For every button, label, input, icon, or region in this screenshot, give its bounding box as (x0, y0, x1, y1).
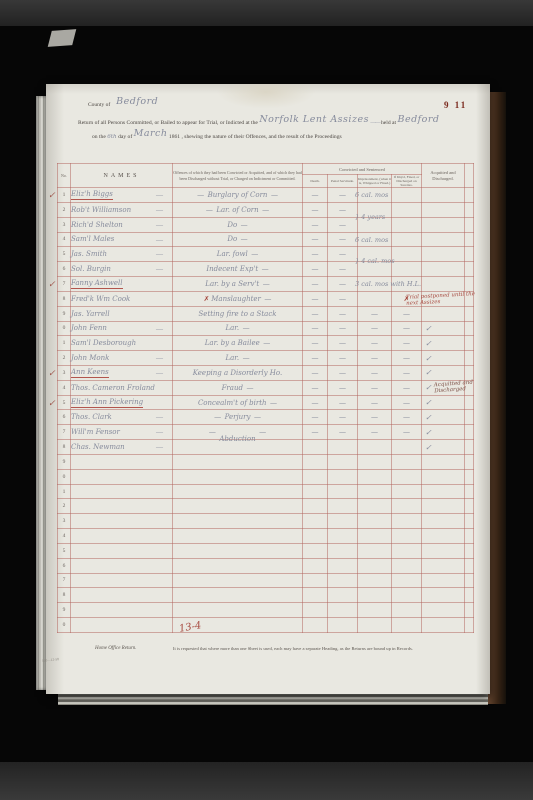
cell-acquitted: ✓ (422, 425, 465, 440)
cell-penal-servitude (328, 454, 358, 469)
cell-acquitted (422, 217, 465, 232)
cell-penal-servitude: — (328, 336, 358, 351)
month-handwritten: March (134, 128, 168, 139)
cell-imprisonment (358, 573, 392, 588)
dash-mark: — (312, 324, 319, 332)
cell-penal-servitude: — (328, 217, 358, 232)
row-number-text: 7 (63, 429, 66, 435)
cell-name: Rob't Williamson— (71, 202, 173, 217)
cell-death: — (303, 262, 328, 277)
offence-text: Fraud (222, 384, 243, 392)
cell-extra (465, 291, 474, 306)
row-number-text: 7 (63, 577, 66, 583)
sentence-text: 6 cal. mos (355, 236, 388, 244)
dash-mark: — (312, 428, 319, 436)
cell-row-number: 7 (58, 573, 71, 588)
offence-trailing-dash: — (237, 235, 248, 243)
cell-sureties (392, 499, 422, 514)
dash-mark: — (403, 324, 410, 332)
cell-extra (465, 425, 474, 440)
dash-mark: — (371, 310, 378, 318)
cell-penal-servitude (328, 469, 358, 484)
cell-sureties: — (392, 351, 422, 366)
offence-text: Manslaughter (211, 295, 261, 303)
cell-extra (465, 484, 474, 499)
offence-trailing-dash: — (261, 295, 272, 303)
cell-extra (465, 588, 474, 603)
offence-text: Concealm't of birth (198, 399, 267, 407)
acquitted-check-mark: ✓ (422, 339, 432, 348)
cell-sureties: — (392, 380, 422, 395)
cell-row-number: 6 (58, 558, 71, 573)
cell-sureties (392, 484, 422, 499)
cell-extra (465, 529, 474, 544)
row-number-text: 0 (63, 622, 66, 628)
dash-mark: — (339, 221, 346, 229)
table-row: 5Jas. Smith—Lar. fowl ———} 4 cal. mos (58, 247, 474, 262)
cell-acquitted (422, 277, 465, 292)
sentence-text: 6 cal. mos (355, 191, 388, 199)
offence-leading-dash: — (197, 191, 208, 199)
cell-imprisonment: } 4 cal. mos (358, 247, 392, 262)
cell-name: Eliz'h Biggs— (71, 188, 173, 203)
cell-row-number: 5 (58, 543, 71, 558)
row-number-text: 0 (63, 474, 66, 480)
cell-sureties (392, 277, 422, 292)
cell-row-number: 4 (58, 529, 71, 544)
cell-acquitted (422, 202, 465, 217)
dash-mark: — (339, 235, 346, 243)
cell-imprisonment (358, 454, 392, 469)
cell-offence: Do — (173, 217, 303, 232)
table-row: 2John Monk—Lar. —————✓ (58, 351, 474, 366)
cell-row-number: 5 (58, 247, 71, 262)
cell-acquitted (422, 558, 465, 573)
cell-extra (465, 365, 474, 380)
acquitted-check-mark: ✓ (422, 398, 432, 407)
offence-text: Keeping a Disorderly Ho. (193, 369, 282, 377)
photo-of-register-page: 9 11 County ofBedford Return of all Pers… (0, 0, 533, 800)
cell-sureties (392, 217, 422, 232)
cell-name: Thos. Cameron Froland (71, 380, 173, 395)
register-page: 9 11 County ofBedford Return of all Pers… (46, 84, 490, 694)
table-row: 0John Fenn—Lar. —————✓ (58, 321, 474, 336)
cell-name: Jas. Smith— (71, 247, 173, 262)
table-row-empty: 9 (58, 454, 474, 469)
cell-row-number: 8 (58, 588, 71, 603)
year-text: 1861 (169, 134, 180, 140)
county-handwritten: Bedford (116, 96, 158, 107)
cell-sureties: — (392, 365, 422, 380)
margin-check-mark: ✓ (48, 279, 56, 290)
held-at-label: held at (381, 120, 396, 126)
prisoner-name: Fanny Ashwell (71, 280, 123, 289)
cell-penal-servitude: — (328, 188, 358, 203)
row-number-text: 9 (63, 607, 66, 613)
row-number-text: 9 (63, 459, 66, 465)
photo-background-bottom (0, 762, 533, 800)
table-row: 4Thos. Cameron FrolandFraud —————✓Acquit… (58, 380, 474, 395)
table-row: ✓3Ann Keens—Keeping a Disorderly Ho.————… (58, 365, 474, 380)
cell-acquitted: ✓ (422, 440, 465, 455)
dash-mark: — (339, 354, 346, 362)
dash-mark: — (339, 399, 346, 407)
cell-name (71, 543, 173, 558)
offence-trailing-dash: — (267, 191, 278, 199)
cell-acquitted (422, 469, 465, 484)
cell-death (303, 603, 328, 618)
name-trailing-dash: — (156, 236, 163, 244)
cell-penal-servitude: — (328, 410, 358, 425)
cell-name: Sol. Burgin— (71, 262, 173, 277)
row-number-text: 1 (63, 192, 66, 198)
row-number-text: 4 (63, 385, 66, 391)
table-row: 8Chas. Newman—✓ (58, 440, 474, 455)
cell-extra (465, 306, 474, 321)
cell-offence: Do — (173, 232, 303, 247)
cell-penal-servitude: — (328, 202, 358, 217)
table-row: 3Rich'd Shelton—Do ——— (58, 217, 474, 232)
cell-name: John Fenn— (71, 321, 173, 336)
cell-sureties (392, 514, 422, 529)
cell-imprisonment (358, 484, 392, 499)
row-number-text: 6 (63, 563, 66, 569)
prisoner-name: Sam'l Males (71, 235, 114, 243)
prisoner-name: Rich'd Shelton (71, 221, 123, 229)
cell-imprisonment (358, 291, 392, 306)
prisoner-name: Chas. Newman (71, 443, 125, 451)
cell-extra (465, 247, 474, 262)
cell-penal-servitude: — (328, 247, 358, 262)
cell-acquitted: ✓ (422, 351, 465, 366)
column-header-sureties: If Imp'd, Fined, or Discharged on Sureti… (392, 175, 422, 188)
cell-acquitted (422, 188, 465, 203)
cell-acquitted: ✓ (422, 321, 465, 336)
cell-offence: Concealm't of birth — (173, 395, 303, 410)
dash-mark: — (403, 369, 410, 377)
offence-trailing-dash: — (239, 354, 250, 362)
cell-row-number: 6 (58, 262, 71, 277)
table-row-empty: 6 (58, 558, 474, 573)
dash-mark: — (371, 384, 378, 392)
cell-name: Fred'k Wm Cook (71, 291, 173, 306)
prisoner-name: Fred'k Wm Cook (71, 295, 130, 303)
acquitted-check-mark: ✓ (422, 368, 432, 377)
cell-row-number: 8 (58, 440, 71, 455)
cell-sureties (392, 202, 422, 217)
offence-leading-dash: — (209, 428, 220, 436)
cell-offence: — Abduction — (173, 425, 303, 440)
cell-acquitted: Trial postponed until thenext Assizes (422, 291, 465, 306)
cell-imprisonment (358, 558, 392, 573)
cell-acquitted: ✓Acquitted andDischarged (422, 380, 465, 395)
cell-death: — (303, 306, 328, 321)
cell-row-number: ✓7 (58, 277, 71, 292)
margin-check-mark: ✓ (48, 398, 56, 409)
cell-death: — (303, 217, 328, 232)
offence-text: Lar. by a Serv't (205, 280, 259, 288)
table-row-empty: 2 (58, 499, 474, 514)
cell-sureties (392, 247, 422, 262)
cell-penal-servitude (328, 558, 358, 573)
column-header-names: NAMES (71, 164, 173, 188)
page-corner-sliver (48, 29, 77, 47)
cell-sureties (392, 469, 422, 484)
cell-row-number: 3 (58, 514, 71, 529)
cell-extra (465, 558, 474, 573)
offence-leading-dash: — (214, 413, 225, 421)
cell-death: — (303, 425, 328, 440)
cell-extra (465, 573, 474, 588)
name-trailing-dash: — (156, 265, 163, 273)
prisoner-name: Eliz'h Ann Pickering (71, 399, 143, 408)
on-the-label: on the (92, 134, 106, 140)
cell-offence: Lar. by a Bailee — (173, 336, 303, 351)
dash-mark: — (403, 413, 410, 421)
cell-name: Sam'l Males— (71, 232, 173, 247)
cell-death: — (303, 321, 328, 336)
table-row: 6Thos. Clark—— Perjury —————✓ (58, 410, 474, 425)
offence-text: Lar. of Corn (216, 206, 258, 214)
cell-acquitted (422, 588, 465, 603)
cell-sureties: — (392, 425, 422, 440)
cell-penal-servitude: — (328, 232, 358, 247)
column-header-imprisonment: Imprisonment, (when it is, Whipped or Fi… (358, 175, 392, 188)
margin-check-mark: ✓ (48, 190, 56, 201)
name-trailing-dash: — (156, 221, 163, 229)
offence-trailing-dash: — (248, 250, 259, 258)
row-number-text: 3 (63, 222, 66, 228)
cell-offence: Lar. by a Serv't — (173, 277, 303, 292)
prisoner-name: Jas. Smith (71, 250, 107, 258)
offence-trailing-dash: — (259, 280, 270, 288)
cell-row-number: 9 (58, 454, 71, 469)
cell-row-number: 6 (58, 410, 71, 425)
dash-mark: — (312, 310, 319, 318)
cell-imprisonment (358, 469, 392, 484)
cell-row-number: 8 (58, 291, 71, 306)
row-number-text: 2 (63, 207, 66, 213)
cell-row-number: 1 (58, 484, 71, 499)
dash-mark: — (403, 384, 410, 392)
cell-offence: — Burglary of Corn — (173, 188, 303, 203)
cell-imprisonment: — (358, 306, 392, 321)
dash-mark: — (312, 250, 319, 258)
dash-mark: — (339, 206, 346, 214)
cell-offence (173, 573, 303, 588)
prisoner-name: Sol. Burgin (71, 265, 111, 273)
cell-penal-servitude: — (328, 395, 358, 410)
title-line-1: Return of all Persons Committed, or Bail… (78, 116, 482, 127)
cell-row-number: ✓3 (58, 365, 71, 380)
prisoner-name: John Fenn (71, 324, 107, 332)
cell-extra (465, 618, 474, 633)
acquitted-check-mark: ✓ (422, 413, 432, 422)
cell-imprisonment: — (358, 410, 392, 425)
cell-sureties (392, 529, 422, 544)
name-trailing-dash: — (156, 369, 163, 377)
day-of-label: day of (118, 134, 132, 140)
cell-death (303, 543, 328, 558)
dash-mark: — (339, 339, 346, 347)
title-line-2: on the 6th day of March 1861 , shewing t… (92, 130, 482, 141)
cell-penal-servitude: — (328, 351, 358, 366)
table-row: ✓1Eliz'h Biggs—— Burglary of Corn ———6 c… (58, 188, 474, 203)
title-line-2-rest: , shewing the nature of their Offences, … (181, 134, 341, 140)
cell-imprisonment: } 4 years (358, 202, 392, 217)
footer-home-office-return: Home Office Return. (95, 646, 137, 651)
row-number-text: 9 (63, 311, 66, 317)
cell-sureties: — (392, 395, 422, 410)
cell-row-number: 0 (58, 469, 71, 484)
cell-extra (465, 336, 474, 351)
dash-mark: — (403, 399, 410, 407)
cell-offence: Lar. — (173, 321, 303, 336)
cell-row-number: 4 (58, 380, 71, 395)
row-number-text: 4 (63, 236, 66, 242)
column-header-penal-servitude: Penal Servitude. (328, 175, 358, 188)
row-number-text: 5 (63, 548, 66, 554)
dash-mark: — (339, 250, 346, 258)
cell-name (71, 588, 173, 603)
column-header-death: Death. (303, 175, 328, 188)
dash-mark: — (312, 280, 319, 288)
cell-name (71, 558, 173, 573)
row-number-text: 8 (63, 592, 66, 598)
cell-sureties: — (392, 306, 422, 321)
cell-extra (465, 499, 474, 514)
held-at-handwritten: Bedford (397, 114, 439, 125)
cell-extra (465, 469, 474, 484)
cell-offence: ✗ Manslaughter — (173, 291, 303, 306)
cell-death: — (303, 336, 328, 351)
dash-mark: — (312, 413, 319, 421)
table-row: 9Jas. YarrellSetting fire to a Stack———— (58, 306, 474, 321)
prisoner-name: Jas. Yarrell (71, 310, 110, 318)
cell-penal-servitude: — (328, 306, 358, 321)
offence-text: Setting fire to a Stack (199, 310, 277, 318)
cell-death (303, 573, 328, 588)
cell-offence: Fraud — (173, 380, 303, 395)
offence-text: Lar. fowl (217, 250, 248, 258)
cell-acquitted (422, 484, 465, 499)
cell-sureties: — (392, 321, 422, 336)
footer-instruction-note: It is requested that where more than one… (173, 646, 413, 651)
row-number-text: 3 (63, 518, 66, 524)
offence-trailing-dash: — (237, 221, 248, 229)
cell-row-number: 7 (58, 425, 71, 440)
column-header-blank (465, 164, 474, 188)
table-row-empty: 0 (58, 469, 474, 484)
row-number-text: 4 (63, 533, 66, 539)
cell-extra (465, 188, 474, 203)
name-trailing-dash: — (156, 428, 163, 436)
dash-mark: — (339, 191, 346, 199)
offence-text: Lar. (225, 354, 239, 362)
dash-mark: — (339, 369, 346, 377)
cell-row-number: ✓1 (58, 188, 71, 203)
cell-extra (465, 351, 474, 366)
cell-name (71, 484, 173, 499)
cell-row-number: 0 (58, 618, 71, 633)
cell-extra (465, 232, 474, 247)
cell-row-number: ✓5 (58, 395, 71, 410)
cell-penal-servitude: — (328, 425, 358, 440)
acquitted-check-mark: ✓ (422, 324, 432, 333)
acquitted-check-mark: ✓ (422, 383, 432, 392)
rule-dash: —— (370, 120, 379, 126)
cell-imprisonment (358, 603, 392, 618)
name-trailing-dash: — (156, 191, 163, 199)
cell-name (71, 603, 173, 618)
cell-extra (465, 217, 474, 232)
cell-death: — (303, 188, 328, 203)
cell-penal-servitude: — (328, 262, 358, 277)
cell-acquitted (422, 543, 465, 558)
cell-sureties (392, 573, 422, 588)
cell-name (71, 529, 173, 544)
cell-imprisonment: 3 cal. mos with H.L. (358, 277, 392, 292)
cell-acquitted (422, 573, 465, 588)
day-handwritten: 6th (107, 134, 116, 140)
cell-offence (173, 454, 303, 469)
cell-imprisonment: — (358, 365, 392, 380)
cell-sureties (392, 603, 422, 618)
row-number-text: 5 (63, 400, 66, 406)
cell-death: — (303, 291, 328, 306)
cell-extra (465, 440, 474, 455)
column-group-convicted: Convicted and Sentenced (303, 164, 422, 175)
dash-mark: — (339, 280, 346, 288)
table-row-empty: 5 (58, 543, 474, 558)
name-trailing-dash: — (156, 354, 163, 362)
cell-imprisonment: — (358, 321, 392, 336)
row-number-text: 8 (63, 444, 66, 450)
cell-imprisonment: — (358, 351, 392, 366)
offence-leading-dash: — (206, 206, 217, 214)
cell-sureties: — (392, 336, 422, 351)
cell-extra (465, 543, 474, 558)
table-row: 8Fred'k Wm Cook✗ Manslaughter ———✗Trial … (58, 291, 474, 306)
dash-mark: — (312, 191, 319, 199)
prisoner-name: Will'm Fensor (71, 428, 120, 436)
cell-name (71, 573, 173, 588)
cell-extra (465, 202, 474, 217)
table-row: 6Sol. Burgin—Indecent Exp't ——— (58, 262, 474, 277)
cell-extra (465, 454, 474, 469)
cell-death (303, 454, 328, 469)
offence-text: Perjury (225, 413, 251, 421)
cell-name (71, 499, 173, 514)
register-table-header: No. NAMES Offences of which they had bee… (58, 164, 474, 188)
dash-mark: — (312, 295, 319, 303)
cell-name: Fanny Ashwell (71, 277, 173, 292)
cell-extra (465, 262, 474, 277)
cell-offence (173, 484, 303, 499)
photo-background-top (0, 0, 533, 26)
column-header-no: No. (58, 164, 71, 188)
cell-death (303, 514, 328, 529)
offence-text: Do (227, 221, 237, 229)
offence-text: Burglary of Corn (208, 191, 268, 199)
cell-sureties (392, 543, 422, 558)
cell-row-number: 1 (58, 336, 71, 351)
cell-death (303, 588, 328, 603)
offence-trailing-dash: — (243, 384, 254, 392)
folio-number: 9 11 (444, 100, 467, 110)
table-row-empty: 7 (58, 573, 474, 588)
cell-offence (173, 603, 303, 618)
